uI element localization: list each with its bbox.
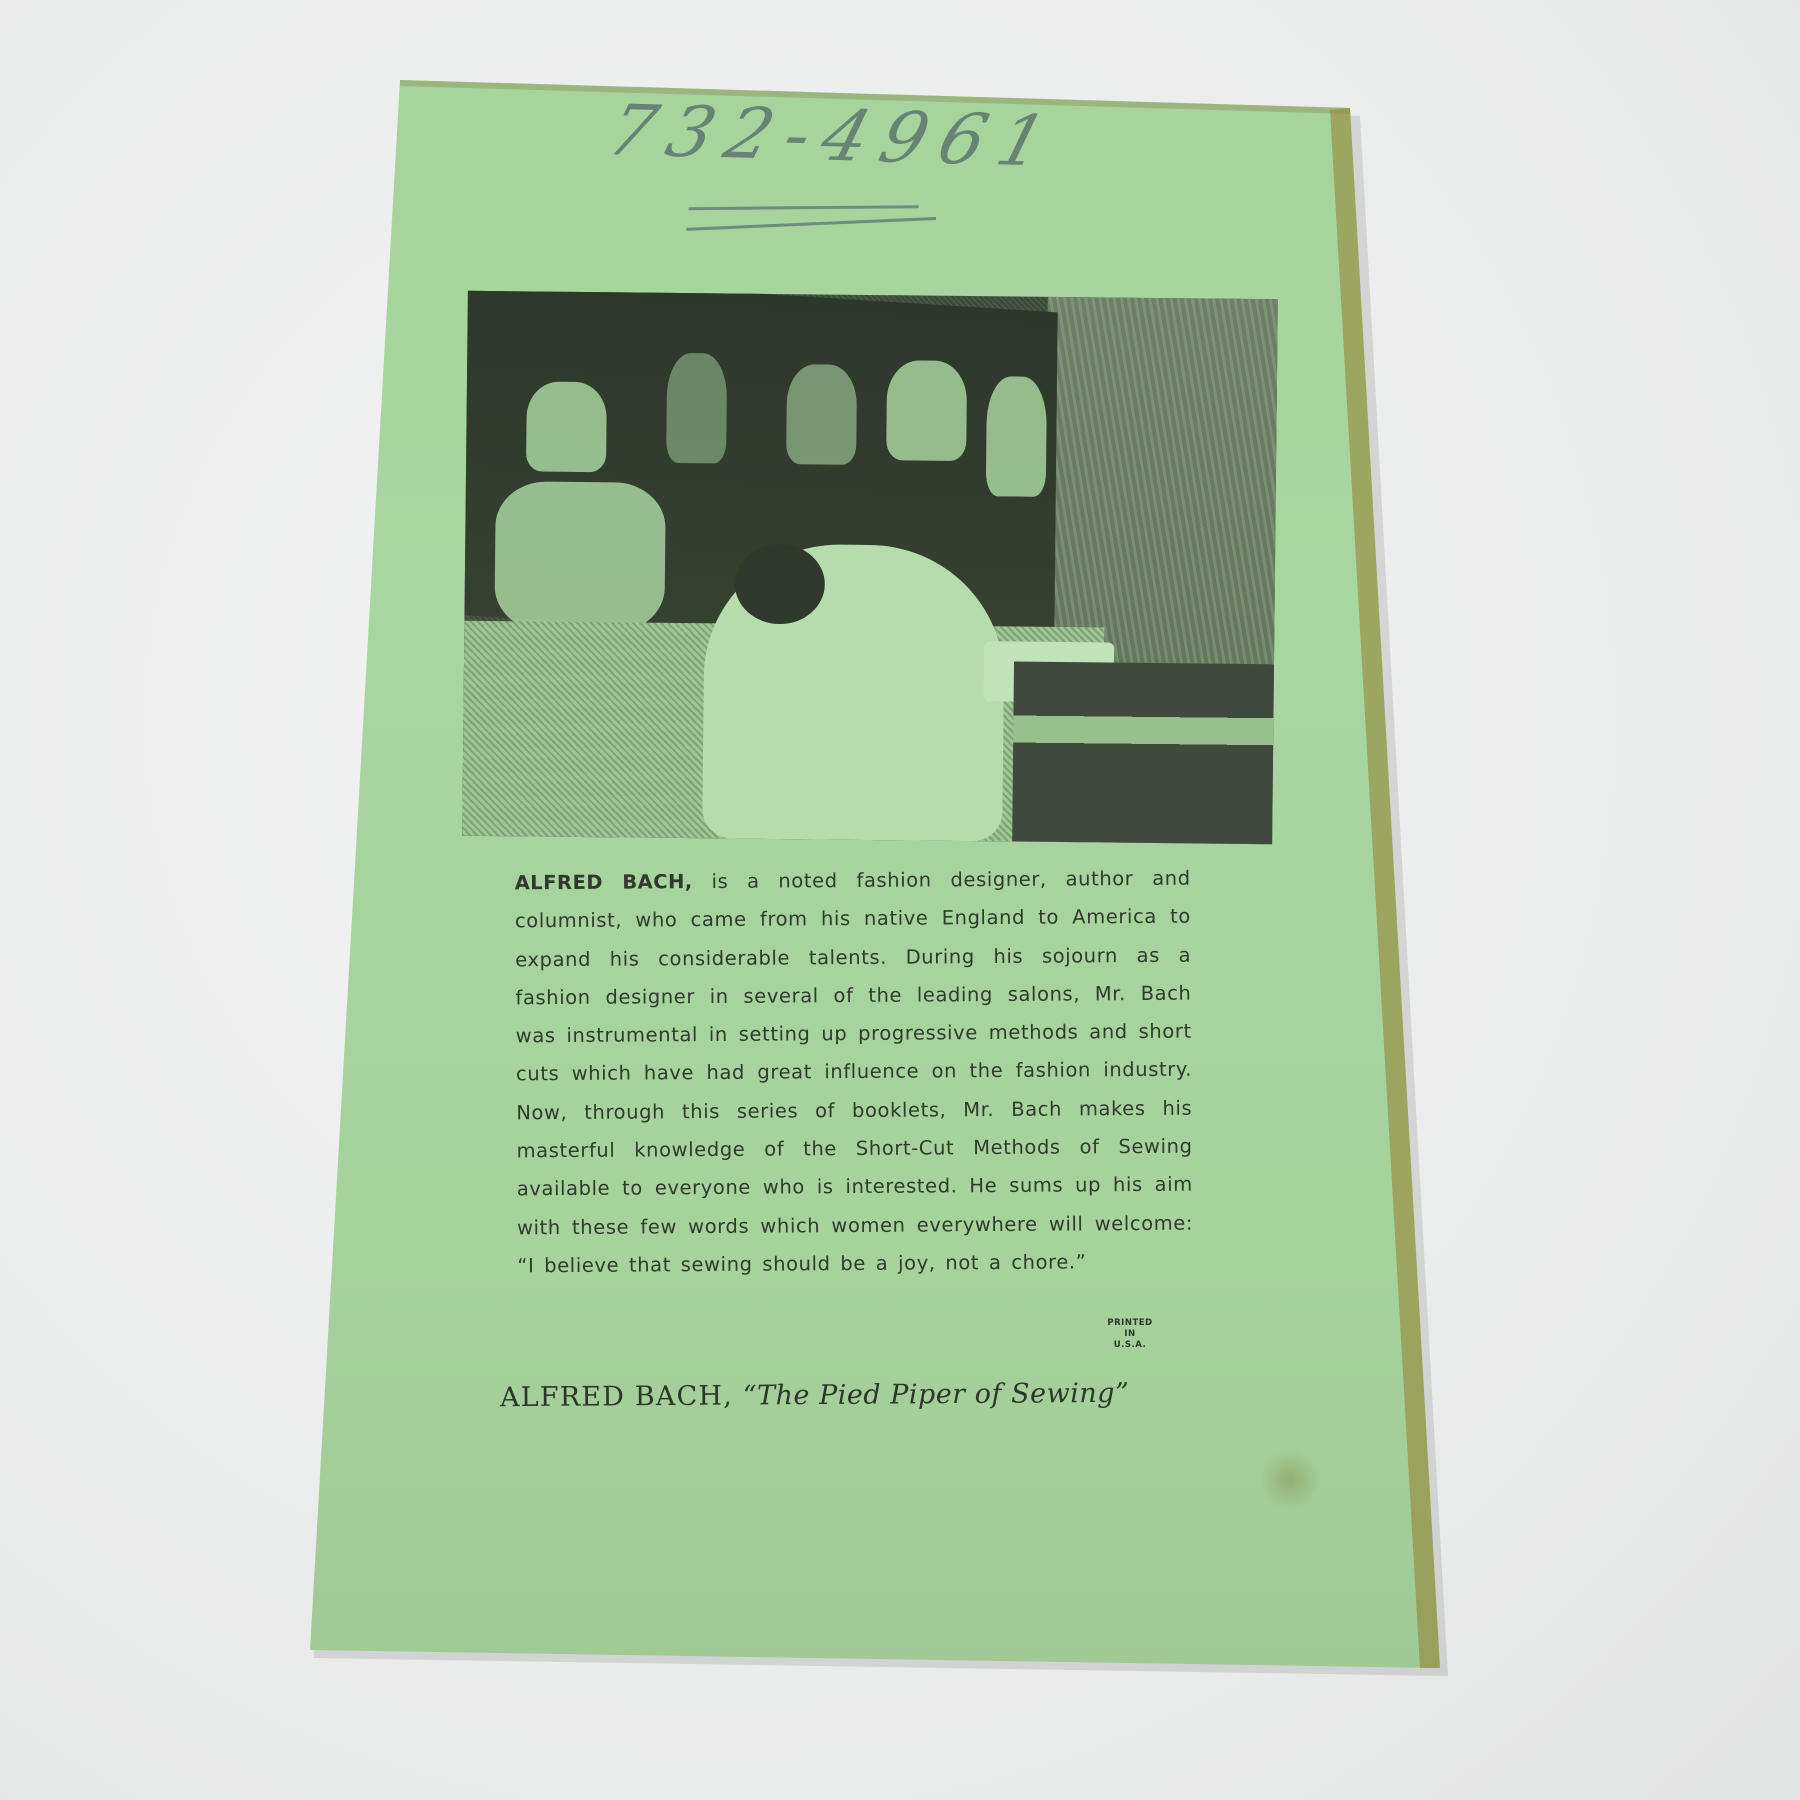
signature-line: ALFRED BACH, “The Pied Piper of Sewing” [500, 1378, 1129, 1413]
photo-steps [1012, 662, 1274, 845]
stamp-line-3: U.S.A. [1100, 1340, 1160, 1351]
handwritten-text: 732-4961 [599, 89, 1069, 182]
signature-name: ALFRED BACH, [500, 1381, 733, 1414]
signature-tagline: “The Pied Piper of Sewing” [743, 1378, 1130, 1412]
author-name: ALFRED BACH, [515, 870, 693, 894]
photo-figure [986, 376, 1047, 497]
halftone-photo [462, 291, 1278, 844]
photo-man-demonstrating [494, 481, 666, 633]
printed-in-usa-stamp: PRINTED IN U.S.A. [1100, 1318, 1160, 1351]
handwritten-phone-number: 732-4961 [599, 89, 1072, 221]
photo-figure [666, 353, 727, 464]
handwritten-underline [689, 205, 919, 210]
photo-figure-head [734, 544, 825, 625]
photo-figure [786, 364, 857, 465]
author-bio: ALFRED BACH, is a noted fashion designer… [515, 860, 1194, 1286]
bio-text: is a noted fashion designer, author and … [515, 867, 1193, 1278]
photo-figure [526, 381, 607, 472]
photo-figure [886, 360, 967, 461]
stamp-line-2: IN [1100, 1329, 1160, 1340]
stamp-line-1: PRINTED [1100, 1318, 1160, 1329]
